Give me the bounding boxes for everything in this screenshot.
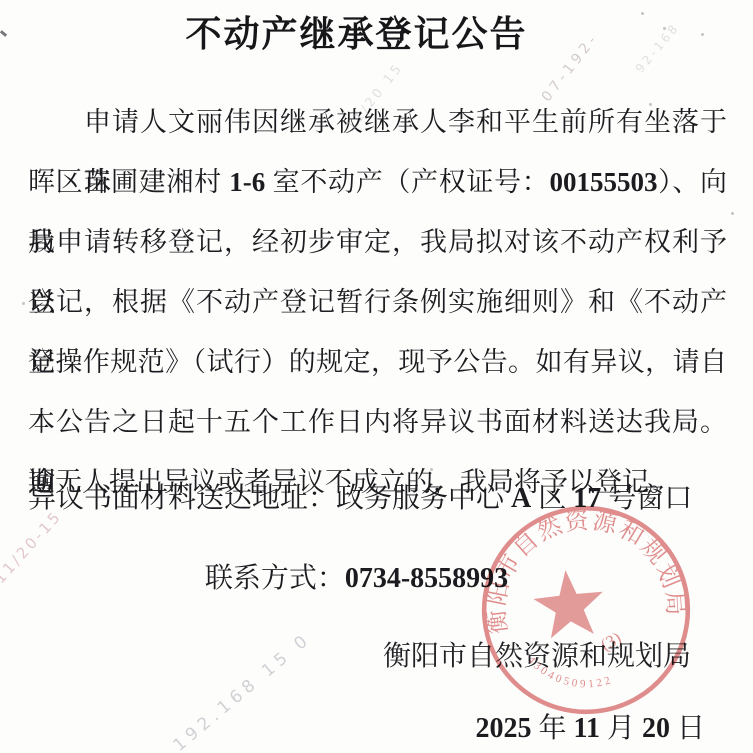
scan-watermark: 192.168 15 0 [170, 629, 316, 753]
date-unit: 日 [670, 713, 705, 744]
body-text-segment: 室不动产（产权证号： [265, 167, 549, 197]
body-line: 晖区苗圃建湘村 1-6 室不动产（产权证号：00155503）、向我 [28, 152, 727, 212]
unit-number: 1-6 [229, 167, 265, 197]
body-text-segment: 晖区苗圃建湘村 [28, 167, 229, 197]
page-title: 不动产继承登记公告 [0, 6, 713, 57]
star-icon [531, 567, 607, 640]
official-seal: 衡阳市自然资源和规划局 (3) 43040509122 [463, 487, 709, 733]
body-line: 记操作规范》（试行）的规定，现予公告。如有异议，请自 [28, 332, 727, 392]
contact-label: 联系方式： [205, 563, 345, 594]
document-page: 07-192- /11/20-15 192.168 15 0 11/20 15 … [0, 0, 753, 753]
seal-code: (3) [598, 628, 625, 654]
body-line: 登记，根据《不动产登记暂行条例实施细则》和《不动产登 [28, 272, 727, 332]
address-label: 异议书面材料送达地址：政务服务中心 [28, 483, 511, 514]
svg-text:43040509122: 43040509122 [524, 646, 615, 697]
body-line: 局申请转移登记，经初步审定，我局拟对该不动产权利予以 [28, 212, 727, 272]
body-line: 申请人文丽伟因继承被继承人李和平生前所有坐落于珠 [28, 92, 727, 152]
scan-artifact [22, 302, 25, 305]
scan-artifact [731, 212, 734, 215]
notice-paragraph: 申请人文丽伟因继承被继承人李和平生前所有坐落于珠 晖区苗圃建湘村 1-6 室不动… [28, 92, 727, 512]
certificate-number: 00155503 [549, 167, 657, 197]
seal-serial-number: 43040509122 [524, 646, 615, 697]
date-day: 20 [642, 713, 670, 744]
body-line: 本公告之日起十五个工作日内将异议书面材料送达我局。逾 [28, 392, 727, 452]
